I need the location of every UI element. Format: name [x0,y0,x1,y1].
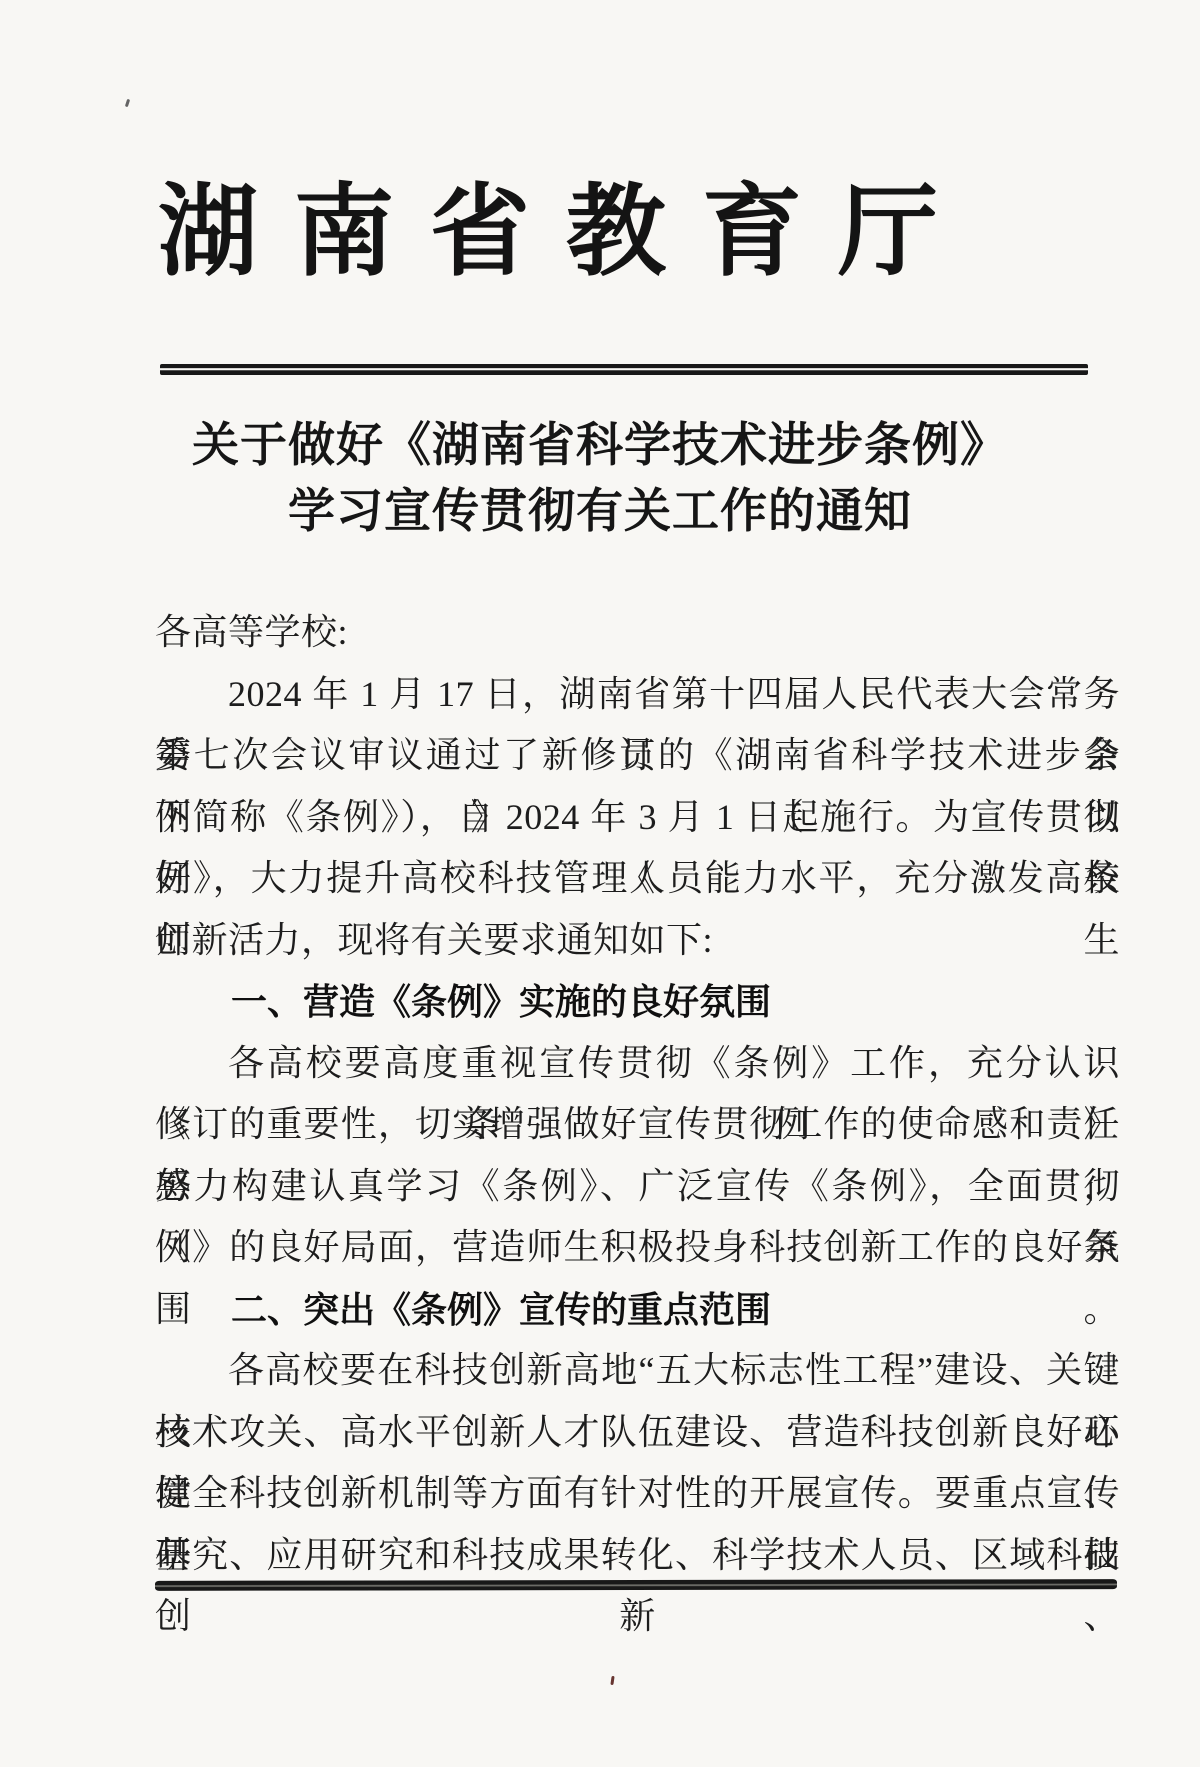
body-line-10: 努力构建认真学习《条例》、广泛宣传《条例》，全面贯彻《条 [155,1156,1120,1218]
body-line-2: 2024 年 1 月 17 日，湖南省第十四届人民代表大会常务委员会 [155,664,1120,726]
document-body: 各高等学校:2024 年 1 月 17 日，湖南省第十四届人民代表大会常务委员会… [155,602,1120,1586]
section-heading: 一、营造《条例》实施的良好氛围 [155,971,1120,1033]
body-line-16: 研究、应用研究和科技成果转化、科学技术人员、区域科技创新、 [155,1525,1120,1587]
body-line-4: 下简称《条例》），自 2024 年 3 月 1 日起施行。为宣传贯彻好《条 [155,787,1120,849]
document-title-line2: 学习宣传贯彻有关工作的通知 [0,479,1200,545]
agency-name: 湖南省教育厅 [0,168,1166,298]
scan-speck-bottom [610,1676,614,1685]
document-title-line1: 关于做好《湖南省科学技术进步条例》 [0,413,1200,479]
body-line-8: 各高校要高度重视宣传贯彻《条例》工作，充分认识《条例》 [155,1033,1120,1095]
body-line-3: 第七次会议审议通过了新修订的《湖南省科学技术进步条例》（以 [155,725,1120,787]
document-title: 关于做好《湖南省科学技术进步条例》 学习宣传贯彻有关工作的通知 [0,413,1200,545]
body-line-14: 技术攻关、高水平创新人才队伍建设、营造科技创新良好环境、 [155,1402,1120,1464]
body-line-1: 各高等学校: [155,602,1120,664]
footer-rule [155,1579,1117,1591]
body-line-5: 例》，大力提升高校科技管理人员能力水平，充分激发高校师生 [155,848,1120,910]
header-double-rule [160,364,1088,375]
body-line-15: 健全科技创新机制等方面有针对性的开展宣传。要重点宣传基础 [155,1463,1120,1525]
body-line-9: 修订的重要性，切实增强做好宣传贯彻工作的使命感和责任感， [155,1094,1120,1156]
body-line-13: 各高校要在科技创新高地“五大标志性工程”建设、关键核心 [155,1340,1120,1402]
body-line-11: 例》的良好局面，营造师生积极投身科技创新工作的良好氛围。 [155,1217,1120,1279]
document-page: 湖南省教育厅 关于做好《湖南省科学技术进步条例》 学习宣传贯彻有关工作的通知 各… [0,0,1200,1767]
scan-speck-top [125,99,130,108]
